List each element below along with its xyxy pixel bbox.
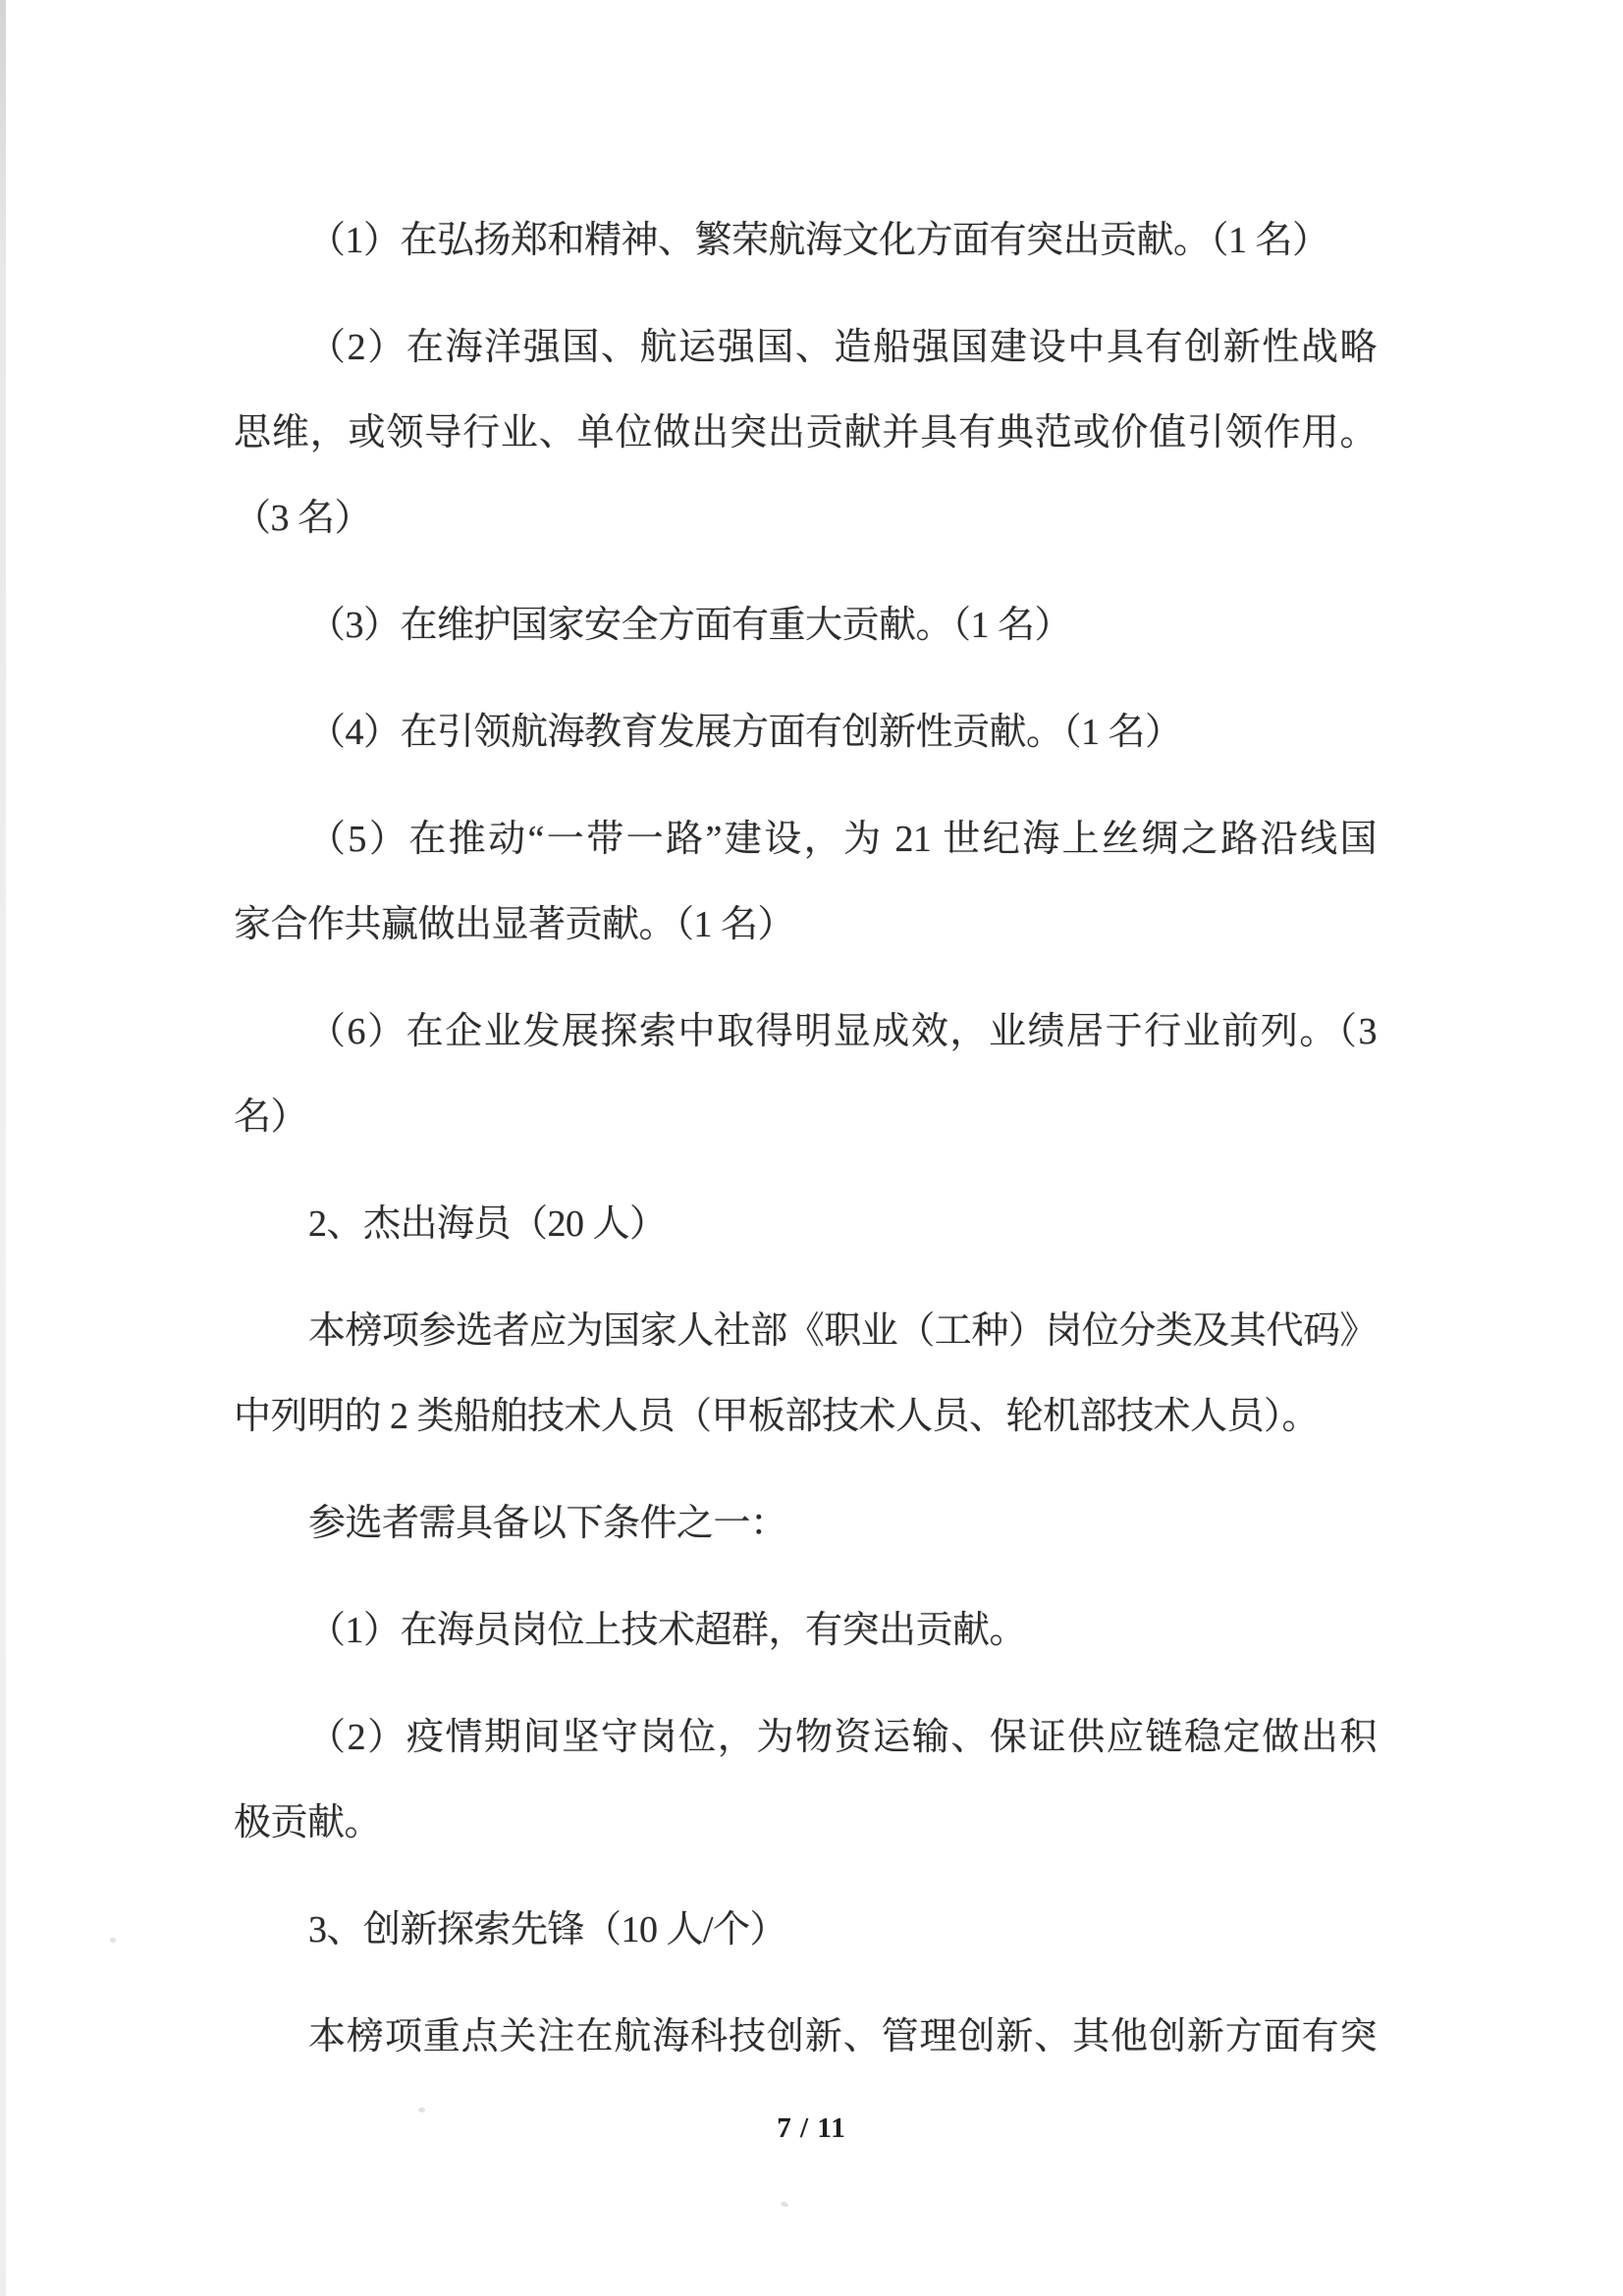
text-line: 参选者需具备以下条件之一： (234, 1481, 1377, 1567)
paragraph: （6）在企业发展探索中取得明显成效，业绩居于行业前列。（3 名） (234, 989, 1377, 1160)
text-line: 名） (234, 1075, 1377, 1160)
text-line: （5）在推动“一带一路”建设，为 21 世纪海上丝绸之路沿线国 (234, 797, 1377, 882)
text-line: 极贡献。 (234, 1781, 1377, 1866)
text-line: （2）在海洋强国、航运强国、造船强国建设中具有创新性战略 (234, 305, 1377, 391)
text-line: （2）疫情期间坚守岗位，为物资运输、保证供应链稳定做出积 (234, 1695, 1377, 1781)
paragraph: （3）在维护国家安全方面有重大贡献。（1 名） (234, 583, 1377, 668)
paragraph: （1）在弘扬郑和精神、繁荣航海文化方面有突出贡献。（1 名） (234, 198, 1377, 284)
text-line: 本榜项重点关注在航海科技创新、管理创新、其他创新方面有突 (234, 1995, 1377, 2080)
scan-speck (780, 2201, 788, 2208)
paragraph: 本榜项参选者应为国家人社部《职业（工种）岗位分类及其代码》 中列明的 2 类船舶… (234, 1289, 1377, 1460)
text-line: （1）在海员岗位上技术超群，有突出贡献。 (234, 1588, 1377, 1674)
text-line: 3、创新探索先锋（10 人/个） (234, 1888, 1377, 1973)
paragraph: （1）在海员岗位上技术超群，有突出贡献。 (234, 1588, 1377, 1674)
paragraph: 3、创新探索先锋（10 人/个） (234, 1888, 1377, 1973)
text-line: 本榜项参选者应为国家人社部《职业（工种）岗位分类及其代码》 (234, 1289, 1377, 1374)
paragraph: 参选者需具备以下条件之一： (234, 1481, 1377, 1567)
text-line: （4）在引领航海教育发展方面有创新性贡献。（1 名） (234, 690, 1377, 775)
page-footer: 7 / 11 (0, 2112, 1623, 2145)
page-number: 7 / 11 (777, 2112, 845, 2144)
text-line: 思维，或领导行业、单位做出突出贡献并具有典范或价值引领作用。 (234, 391, 1377, 476)
paragraph: （2）在海洋强国、航运强国、造船强国建设中具有创新性战略 思维，或领导行业、单位… (234, 305, 1377, 561)
paragraph: （4）在引领航海教育发展方面有创新性贡献。（1 名） (234, 690, 1377, 775)
scan-speck (418, 2108, 425, 2112)
text-line: （6）在企业发展探索中取得明显成效，业绩居于行业前列。（3 (234, 989, 1377, 1075)
scan-speck (110, 1938, 116, 1943)
text-line: 家合作共赢做出显著贡献。（1 名） (234, 882, 1377, 968)
scan-edge-shadow (0, 0, 6, 2296)
paragraph: 本榜项重点关注在航海科技创新、管理创新、其他创新方面有突 (234, 1995, 1377, 2080)
text-line: 中列明的 2 类船舶技术人员（甲板部技术人员、轮机部技术人员）。 (234, 1374, 1377, 1460)
scanned-document-page: （1）在弘扬郑和精神、繁荣航海文化方面有突出贡献。（1 名） （2）在海洋强国、… (0, 0, 1623, 2296)
document-body: （1）在弘扬郑和精神、繁荣航海文化方面有突出贡献。（1 名） （2）在海洋强国、… (234, 198, 1377, 2102)
paragraph: （2）疫情期间坚守岗位，为物资运输、保证供应链稳定做出积 极贡献。 (234, 1695, 1377, 1866)
text-line: （1）在弘扬郑和精神、繁荣航海文化方面有突出贡献。（1 名） (234, 198, 1377, 284)
text-line: （3 名） (234, 476, 1377, 561)
text-line: 2、杰出海员（20 人） (234, 1182, 1377, 1267)
text-line: （3）在维护国家安全方面有重大贡献。（1 名） (234, 583, 1377, 668)
paragraph: （5）在推动“一带一路”建设，为 21 世纪海上丝绸之路沿线国 家合作共赢做出显… (234, 797, 1377, 968)
paragraph: 2、杰出海员（20 人） (234, 1182, 1377, 1267)
